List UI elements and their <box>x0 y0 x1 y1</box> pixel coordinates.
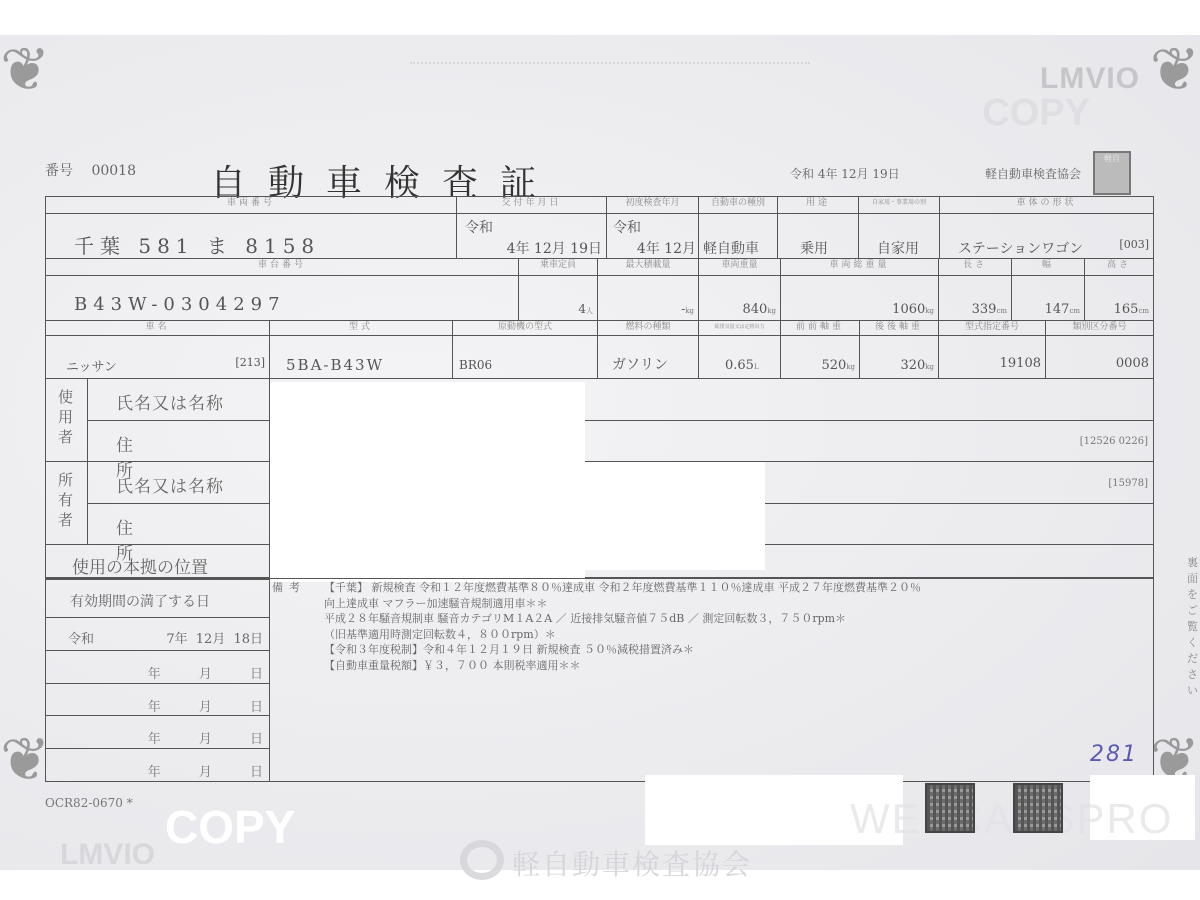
divider <box>585 420 1154 421</box>
expiry-cell: 令和 7年 12月 18日 <box>45 617 270 651</box>
first-reg-era: 令和 <box>613 217 641 237</box>
front-axle-value: 520kg <box>821 358 855 373</box>
remarks-line: 向上達成車 マフラー加速騒音規制適用車＊＊ <box>324 596 1142 612</box>
business-header: 自家用・事業用の別 <box>858 196 940 214</box>
body-shape-cell: ステーションワゴン [003] <box>939 213 1154 259</box>
car-name-cell: ニッサン [213] <box>45 335 270 379</box>
validity-header: 有効期間の満了する日 <box>70 591 210 611</box>
remarks-line: （旧基準適用時測定回転数４，８００rpm）＊ <box>324 627 1142 643</box>
body-shape-header: 車体の形状 <box>939 196 1154 214</box>
chassis-header: 車台番号 <box>45 258 519 276</box>
user-label: 使用者 <box>58 387 74 447</box>
registration-value: 千葉 581 ま 8158 <box>74 230 320 259</box>
first-reg-value: 4年 12月 <box>637 238 696 258</box>
user-name-label-cell: 氏名又は名称 <box>87 378 270 421</box>
business-value: 自家用 <box>877 238 919 258</box>
issue-date: 令和 4年 12月 19日 <box>790 165 900 182</box>
owner-name-label: 氏名又は名称 <box>116 472 224 497</box>
remarks-label: 備考 <box>272 580 306 596</box>
body-shape-value: ステーションワゴン <box>958 238 1083 258</box>
gross-weight-cell: 1060kg <box>780 275 939 321</box>
height-cell: 165cm <box>1084 275 1154 321</box>
max-load-cell: -kg <box>597 275 699 321</box>
body-shape-code: [003] <box>1119 238 1149 251</box>
weight-cell: 840kg <box>698 275 781 321</box>
registration-header: 車両番号 <box>45 196 457 214</box>
watermark-lmvio: LMVIO <box>60 838 155 872</box>
length-value: 339cm <box>972 302 1007 317</box>
width-cell: 147cm <box>1011 275 1085 321</box>
registration-cell: 千葉 581 ま 8158 <box>45 213 457 259</box>
watermark-web: WEBCARSPRO <box>850 795 1173 843</box>
blank-date-row: 年 月 日 <box>45 715 270 749</box>
use-value: 乗用 <box>800 238 828 258</box>
model-header: 型式 <box>269 320 453 336</box>
width-value: 147cm <box>1045 302 1080 317</box>
expiry-date: 7年 12月 18日 <box>166 628 263 647</box>
association-name: 軽自動車検査協会 <box>512 843 752 883</box>
length-cell: 339cm <box>938 275 1012 321</box>
car-name-header: 車名 <box>45 320 270 336</box>
user-name-label: 氏名又は名称 <box>116 389 224 414</box>
car-name-code: [213] <box>235 356 265 369</box>
engine-value: BR06 <box>459 358 492 372</box>
qr-code-icon <box>925 783 975 833</box>
issue-cell: 令和 4年 12月 19日 <box>456 213 607 259</box>
top-ornament <box>410 40 810 64</box>
owner-label-cell: 所有者 <box>45 461 88 545</box>
issue-value: 4年 12月 19日 <box>507 238 602 258</box>
vehicle-type-header: 自動車の種別 <box>698 196 778 214</box>
serial-value: 00018 <box>91 163 136 179</box>
capacity-cell: 4人 <box>518 275 598 321</box>
type-designation-cell: 19108 <box>938 335 1046 379</box>
rear-axle-header: 後後軸重 <box>859 320 939 336</box>
displacement-header: 総排気量又は定格出力 <box>698 320 781 336</box>
issue-header: 交付年月日 <box>456 196 607 214</box>
blank-date-row: 年 月 日 <box>45 683 270 716</box>
length-header: 長さ <box>938 258 1012 276</box>
validity-header-cell: 有効期間の満了する日 <box>45 578 270 618</box>
fuel-cell: ガソリン <box>597 335 699 379</box>
fuel-value: ガソリン <box>612 354 668 374</box>
category-header: 類別区分番号 <box>1045 320 1154 336</box>
base-location-label-cell: 使用の本拠の位置 <box>45 544 270 580</box>
base-location-label: 使用の本拠の位置 <box>72 553 208 578</box>
remarks-line: 【令和３年度税制】令和４年１２月１９日 新規検査 ５０％減税措置済み＊ <box>324 642 1142 658</box>
max-load-header: 最大積載量 <box>597 258 699 276</box>
serial-label: 番号 <box>45 163 73 179</box>
owner-address-label-cell: 住所 <box>87 503 270 545</box>
owner-name-code: [15978] <box>1108 478 1148 489</box>
watermark-lmvio: LMVIO <box>1040 62 1140 96</box>
model-cell: 5BA-B43W <box>269 335 453 379</box>
remarks-line: 【自動車重量税額】￥３，７００ 本則税率適用＊＊ <box>324 658 1142 674</box>
expiry-era: 令和 <box>68 628 94 647</box>
weight-value: 840kg <box>742 302 776 317</box>
use-header: 用途 <box>777 196 859 214</box>
front-axle-cell: 520kg <box>780 335 860 379</box>
chassis-value: B43W-0304297 <box>74 294 286 315</box>
redacted-personal-info <box>270 382 585 582</box>
vehicle-type-cell: 軽自動車 <box>698 213 778 259</box>
official-seal-icon: 軽自 <box>1093 151 1131 195</box>
vehicle-type-value: 軽自動車 <box>703 238 759 258</box>
owner-name-label-cell: 氏名又は名称 <box>87 461 270 504</box>
remarks-line: 平成２８年騒音規制車 騒音カテゴリM１A２A ／ 近接排気騒音値７５dB ／ 測… <box>324 611 1142 627</box>
first-reg-header: 初度検査年月 <box>606 196 699 214</box>
rear-axle-value: 320kg <box>900 358 934 373</box>
category-value: 0008 <box>1116 356 1149 371</box>
type-designation-value: 19108 <box>1000 356 1041 371</box>
ornament-corner-icon: ❦ <box>0 40 70 170</box>
car-name-value: ニッサン <box>66 356 117 375</box>
issue-era: 令和 <box>465 217 493 237</box>
blank-date-row: 年 月 日 <box>45 650 270 684</box>
gross-weight-header: 車両総重量 <box>780 258 939 276</box>
front-axle-header: 前前軸重 <box>780 320 860 336</box>
use-cell: 乗用 <box>777 213 859 259</box>
first-reg-cell: 令和 4年 12月 <box>606 213 699 259</box>
displacement-cell: 0.65L <box>698 335 781 379</box>
handwritten-note: 281 <box>1090 742 1138 767</box>
qr-code-icon <box>1013 783 1063 833</box>
business-cell: 自家用 <box>858 213 940 259</box>
side-note: 裏面をご覧ください <box>1187 555 1199 699</box>
rear-axle-cell: 320kg <box>859 335 939 379</box>
redacted-personal-info <box>580 462 765 570</box>
user-address-code: [12526 0226] <box>1080 436 1148 447</box>
remarks-line: 【千葉】 新規検査 令和１２年度燃費基準８０％達成車 令和２年度燃費基準１１０％… <box>324 580 1142 596</box>
category-cell: 0008 <box>1045 335 1154 379</box>
watermark-copy: COPY <box>982 92 1090 135</box>
association-logo-icon <box>460 840 504 880</box>
weight-header: 車両重量 <box>698 258 781 276</box>
width-header: 幅 <box>1011 258 1085 276</box>
divider <box>765 503 1154 504</box>
serial-number: 番号 00018 <box>45 160 150 180</box>
type-designation-header: 型式指定番号 <box>938 320 1046 336</box>
user-address-label-cell: 住所 <box>87 420 270 462</box>
engine-header: 原動機の型式 <box>452 320 598 336</box>
gross-weight-value: 1060kg <box>892 302 934 317</box>
max-load-value: -kg <box>681 302 694 316</box>
ornament-corner-icon: ❦ <box>1130 40 1200 170</box>
issuer-name: 軽自動車検査協会 <box>985 165 1081 182</box>
ocr-code: OCR82-0670 * <box>45 796 133 810</box>
capacity-header: 乗車定員 <box>518 258 598 276</box>
divider <box>765 544 1154 545</box>
watermark-copy: COPY <box>165 800 295 854</box>
user-label-cell: 使用者 <box>45 378 88 462</box>
model-value: 5BA-B43W <box>286 356 384 374</box>
fuel-header: 燃料の種類 <box>597 320 699 336</box>
height-value: 165cm <box>1114 302 1149 317</box>
owner-label: 所有者 <box>58 470 74 530</box>
displacement-value: 0.65L <box>725 358 759 373</box>
height-header: 高さ <box>1084 258 1154 276</box>
engine-cell: BR06 <box>452 335 598 379</box>
blank-date-row: 年 月 日 <box>45 748 270 782</box>
chassis-cell: B43W-0304297 <box>45 275 519 321</box>
capacity-value: 4人 <box>578 302 593 316</box>
remarks: 備考 【千葉】 新規検査 令和１２年度燃費基準８０％達成車 令和２年度燃費基準１… <box>272 580 1142 673</box>
